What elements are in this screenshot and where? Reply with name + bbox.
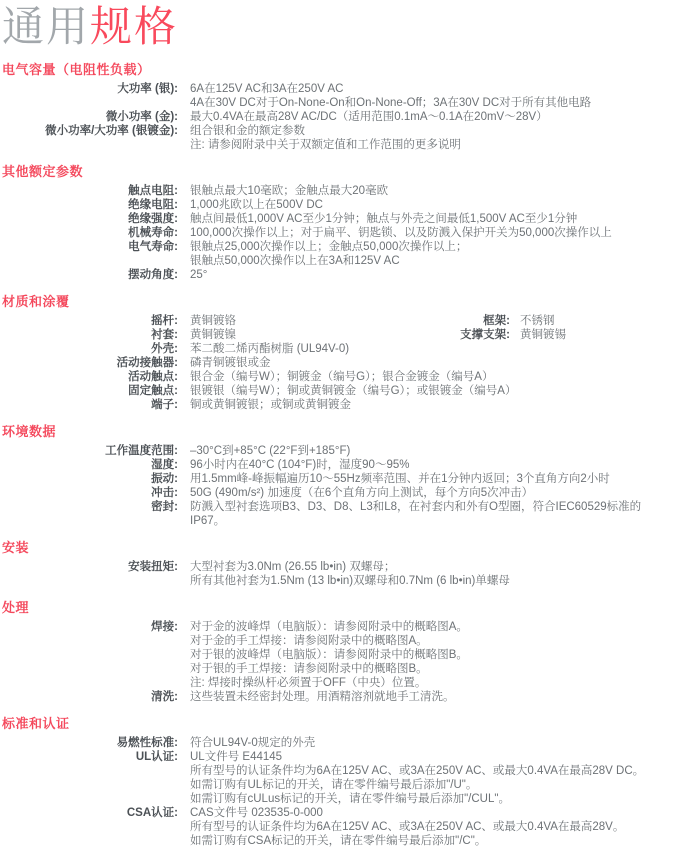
spec-value: UL文件号 E44145所有型号的认证条件均为6A在125V AC、或3A在25… xyxy=(190,750,676,806)
spec-value-line: 如需订购有CSA标记的开关，请在零件编号最后添加"/C"。 xyxy=(190,834,676,848)
spec-label: CSA认证: xyxy=(0,806,190,820)
spec-value: 银镀银（编号W）；铜或黄铜镀金（编号G）；或银镀金（编号A） xyxy=(190,384,676,398)
section-standards-certifications: 标准和认证易燃性标准:符合UL94V-0规定的外壳UL认证:UL文件号 E441… xyxy=(0,716,676,848)
spec-value: 触点间最低1,000V AC至少1分钟；触点与外壳之间最低1,500V AC至少… xyxy=(190,212,676,226)
spec-label: 安装扭矩: xyxy=(0,560,190,574)
section-heading: 处理 xyxy=(2,600,676,616)
spec-document-page: 通用规格 电气容量（电阻性负载）大功率 (银):6A在125V AC和3A在25… xyxy=(0,0,676,868)
spec-value: CAS文件号 023535-0-000所有型号的认证条件均为6A在125V AC… xyxy=(190,806,676,848)
page-title-accent: 规格 xyxy=(90,3,178,50)
spec-value-line: 注: 请参阅附录中关于双额定值和工作范围的更多说明 xyxy=(190,138,676,152)
spec-label: 机械寿命: xyxy=(0,226,190,240)
spec-value: 6A在125V AC和3A在250V AC4A在30V DC对于On-None-… xyxy=(190,82,676,110)
spec-value-line: 符合UL94V-0规定的外壳 xyxy=(190,736,676,750)
spec-value-line: 银触点最大10毫欧；金触点最大20毫欧 xyxy=(190,184,676,198)
spec-pair-right: 支撑支架:黄铜镀锡 xyxy=(380,328,566,342)
spec-label: 冲击: xyxy=(0,486,190,500)
spec-value: –30°C到+85°C (22°F到+185°F) xyxy=(190,444,676,458)
spec-value: 1,000兆欧以上在500V DC xyxy=(190,198,676,212)
spec-row: 固定触点:银镀银（编号W）；铜或黄铜镀金（编号G）；或银镀金（编号A） xyxy=(0,384,676,398)
spec-value-line: 铜或黄铜镀银；或铜或黄铜镀金 xyxy=(190,398,676,412)
spec-label: 摆动角度: xyxy=(0,268,190,282)
spec-row: 活动接触器:磷青铜镀银或金 xyxy=(0,356,676,370)
spec-label: 微小功率/大功率 (银镀金): xyxy=(0,124,190,138)
spec-label: 焊接: xyxy=(0,620,190,634)
spec-row: CSA认证:CAS文件号 023535-0-000所有型号的认证条件均为6A在1… xyxy=(0,806,676,848)
spec-row: 绝缘强度:触点间最低1,000V AC至少1分钟；触点与外壳之间最低1,500V… xyxy=(0,212,676,226)
spec-label: 绝缘强度: xyxy=(0,212,190,226)
spec-row: 湿度:96小时内在40°C (104°F)时，湿度90～95% xyxy=(0,458,676,472)
spec-value: 防溅入型衬套选项B3、D3、D8、L3和L8，在衬套内和外有O型圈，符合IEC6… xyxy=(190,500,676,528)
spec-value-line: 苯二酸二烯丙酯树脂 (UL94V-0) xyxy=(190,342,676,356)
spec-value: 96小时内在40°C (104°F)时，湿度90～95% xyxy=(190,458,676,472)
spec-value-line: 银触点25,000次操作以上；金触点50,000次操作以上； xyxy=(190,240,676,254)
spec-row: 衬套:黄铜镀镍支撑支架:黄铜镀锡 xyxy=(0,328,676,342)
section-processing: 处理焊接:对于金的波峰焊（电脑版）：请参阅附录中的概略图A。对于金的手工焊接：请… xyxy=(0,600,676,704)
spec-value-line: CAS文件号 023535-0-000 xyxy=(190,806,676,820)
spec-label: 振动: xyxy=(0,472,190,486)
spec-value-line: 对于银的手工焊接：请参阅附录中的概略图B。 xyxy=(190,662,676,676)
spec-value: 银触点最大10毫欧；金触点最大20毫欧 xyxy=(190,184,676,198)
spec-value-line: 银镀银（编号W）；铜或黄铜镀金（编号G）；或银镀金（编号A） xyxy=(190,384,676,398)
spec-value-line: 如需订购有cULus标记的开关，请在零件编号最后添加"/CUL"。 xyxy=(190,792,676,806)
spec-row: 清洗:这些装置未经密封处理。用酒精溶剂就地手工清洗。 xyxy=(0,690,676,704)
spec-value-line: 大型衬套为3.0Nm (26.55 lb•in) 双螺母； xyxy=(190,560,676,574)
spec-label: 电气寿命: xyxy=(0,240,190,254)
spec-value: 磷青铜镀银或金 xyxy=(190,356,676,370)
spec-value-line: 所有型号的认证条件均为6A在125V AC、或3A在250V AC、或最大0.4… xyxy=(190,820,676,834)
spec-value-line: 100,000次操作以上；对于扁平、钥匙锁、以及防溅入保护开关为50,000次操… xyxy=(190,226,676,240)
spec-row: 易燃性标准:符合UL94V-0规定的外壳 xyxy=(0,736,676,750)
spec-value-line: UL文件号 E44145 xyxy=(190,750,676,764)
spec-label: 工作温度范围: xyxy=(0,444,190,458)
spec-row: 机械寿命:100,000次操作以上；对于扁平、钥匙锁、以及防溅入保护开关为50,… xyxy=(0,226,676,240)
spec-label-right: 框架: xyxy=(380,314,520,328)
spec-row: 冲击:50G (490m/s²) 加速度（在6个直角方向上测试，每个方向5次冲击… xyxy=(0,486,676,500)
section-heading: 其他额定参数 xyxy=(2,164,676,180)
section-heading: 环境数据 xyxy=(2,424,676,440)
spec-value-line: 所有型号的认证条件均为6A在125V AC、或3A在250V AC、或最大0.4… xyxy=(190,764,676,778)
spec-label: 摇杆: xyxy=(0,314,190,328)
section-heading: 电气容量（电阻性负载） xyxy=(2,62,676,78)
spec-label: UL认证: xyxy=(0,750,190,764)
section-other-ratings: 其他额定参数触点电阻:银触点最大10毫欧；金触点最大20毫欧绝缘电阻:1,000… xyxy=(0,164,676,282)
spec-value-line: 6A在125V AC和3A在250V AC xyxy=(190,82,676,96)
spec-value-line: 对于金的手工焊接：请参阅附录中的概略图A。 xyxy=(190,634,676,648)
sections-container: 电气容量（电阻性负载）大功率 (银):6A在125V AC和3A在250V AC… xyxy=(0,62,676,848)
spec-row: 摆动角度:25° xyxy=(0,268,676,282)
spec-value: 25° xyxy=(190,268,676,282)
page-title-main: 通用 xyxy=(2,3,90,50)
spec-value-line: 注: 焊接时操纵杆必须置于OFF（中央）位置。 xyxy=(190,676,676,690)
spec-value-line: 对于金的波峰焊（电脑版）：请参阅附录中的概略图A。 xyxy=(190,620,676,634)
spec-value-line: 银触点50,000次操作以上在3A和125V AC xyxy=(190,254,676,268)
spec-row: 绝缘电阻:1,000兆欧以上在500V DC xyxy=(0,198,676,212)
spec-value-line: 组合银和金的额定参数 xyxy=(190,124,676,138)
spec-row: 活动触点:银合金（编号W）；铜镀金（编号G）；银合金镀金（编号A） xyxy=(0,370,676,384)
spec-label: 活动接触器: xyxy=(0,356,190,370)
spec-value: 银触点25,000次操作以上；金触点50,000次操作以上；银触点50,000次… xyxy=(190,240,676,268)
section-mounting: 安装安装扭矩:大型衬套为3.0Nm (26.55 lb•in) 双螺母；所有其他… xyxy=(0,540,676,588)
spec-value-line: 防溅入型衬套选项B3、D3、D8、L3和L8，在衬套内和外有O型圈，符合IEC6… xyxy=(190,500,676,528)
section-electrical-capacity: 电气容量（电阻性负载）大功率 (银):6A在125V AC和3A在250V AC… xyxy=(0,62,676,152)
spec-label: 外壳: xyxy=(0,342,190,356)
spec-row: 安装扭矩:大型衬套为3.0Nm (26.55 lb•in) 双螺母；所有其他衬套… xyxy=(0,560,676,588)
spec-value: 50G (490m/s²) 加速度（在6个直角方向上测试，每个方向5次冲击） xyxy=(190,486,676,500)
spec-row: 振动:用1.5mm峰-峰振幅遍历10～55Hz频率范围、并在1分钟内返回；3个直… xyxy=(0,472,676,486)
spec-value-line: 96小时内在40°C (104°F)时，湿度90～95% xyxy=(190,458,676,472)
spec-value-line: 磷青铜镀银或金 xyxy=(190,356,676,370)
spec-value-line: –30°C到+85°C (22°F到+185°F) xyxy=(190,444,676,458)
spec-row: 电气寿命:银触点25,000次操作以上；金触点50,000次操作以上；银触点50… xyxy=(0,240,676,268)
spec-value-line: 如需订购有UL标记的开关，请在零件编号最后添加"/U"。 xyxy=(190,778,676,792)
spec-value: 100,000次操作以上；对于扁平、钥匙锁、以及防溅入保护开关为50,000次操… xyxy=(190,226,676,240)
spec-row: 摇杆:黄铜镀铬框架:不锈钢 xyxy=(0,314,676,328)
spec-label: 活动触点: xyxy=(0,370,190,384)
spec-value-line: 用1.5mm峰-峰振幅遍历10～55Hz频率范围、并在1分钟内返回；3个直角方向… xyxy=(190,472,676,486)
spec-row: 微小功率 (金):最大0.4VA在最高28V AC/DC（适用范围0.1mA～0… xyxy=(0,110,676,124)
spec-row: 触点电阻:银触点最大10毫欧；金触点最大20毫欧 xyxy=(0,184,676,198)
spec-value-right: 黄铜镀锡 xyxy=(520,328,566,342)
spec-value-line: 4A在30V DC对于On-None-On和On-None-Off；3A在30V… xyxy=(190,96,676,110)
section-heading: 材质和涂覆 xyxy=(2,294,676,310)
spec-value-line: 50G (490m/s²) 加速度（在6个直角方向上测试，每个方向5次冲击） xyxy=(190,486,676,500)
spec-label-right: 支撑支架: xyxy=(380,328,520,342)
spec-label: 大功率 (银): xyxy=(0,82,190,96)
section-environmental-data: 环境数据工作温度范围:–30°C到+85°C (22°F到+185°F)湿度:9… xyxy=(0,424,676,528)
spec-label: 固定触点: xyxy=(0,384,190,398)
spec-label: 触点电阻: xyxy=(0,184,190,198)
spec-value: 对于金的波峰焊（电脑版）：请参阅附录中的概略图A。对于金的手工焊接：请参阅附录中… xyxy=(190,620,676,690)
spec-value-line: 1,000兆欧以上在500V DC xyxy=(190,198,676,212)
spec-row: 外壳:苯二酸二烯丙酯树脂 (UL94V-0) xyxy=(0,342,676,356)
spec-value: 符合UL94V-0规定的外壳 xyxy=(190,736,676,750)
spec-value: 最大0.4VA在最高28V AC/DC（适用范围0.1mA～0.1A在20mV～… xyxy=(190,110,676,124)
spec-label: 绝缘电阻: xyxy=(0,198,190,212)
spec-pair-right: 框架:不锈钢 xyxy=(380,314,555,328)
spec-row: 微小功率/大功率 (银镀金):组合银和金的额定参数注: 请参阅附录中关于双额定值… xyxy=(0,124,676,152)
spec-label: 密封: xyxy=(0,500,190,514)
spec-value-right: 不锈钢 xyxy=(520,314,555,328)
spec-value: 组合银和金的额定参数注: 请参阅附录中关于双额定值和工作范围的更多说明 xyxy=(190,124,676,152)
spec-value-line: 对于银的波峰焊（电脑版）：请参阅附录中的概略图B。 xyxy=(190,648,676,662)
section-materials-finishes: 材质和涂覆摇杆:黄铜镀铬框架:不锈钢衬套:黄铜镀镍支撑支架:黄铜镀锡外壳:苯二酸… xyxy=(0,294,676,412)
spec-value: 苯二酸二烯丙酯树脂 (UL94V-0) xyxy=(190,342,676,356)
spec-row: 端子:铜或黄铜镀银；或铜或黄铜镀金 xyxy=(0,398,676,412)
spec-value-line: 所有其他衬套为1.5Nm (13 lb•in)双螺母和0.7Nm (6 lb•i… xyxy=(190,574,676,588)
section-heading: 标准和认证 xyxy=(2,716,676,732)
spec-label: 湿度: xyxy=(0,458,190,472)
spec-label: 易燃性标准: xyxy=(0,736,190,750)
spec-value-line: 这些装置未经密封处理。用酒精溶剂就地手工清洗。 xyxy=(190,690,676,704)
spec-value-line: 触点间最低1,000V AC至少1分钟；触点与外壳之间最低1,500V AC至少… xyxy=(190,212,676,226)
spec-value: 铜或黄铜镀银；或铜或黄铜镀金 xyxy=(190,398,676,412)
spec-value: 大型衬套为3.0Nm (26.55 lb•in) 双螺母；所有其他衬套为1.5N… xyxy=(190,560,676,588)
spec-row: 密封:防溅入型衬套选项B3、D3、D8、L3和L8，在衬套内和外有O型圈，符合I… xyxy=(0,500,676,528)
page-title: 通用规格 xyxy=(2,4,676,50)
spec-label: 清洗: xyxy=(0,690,190,704)
section-heading: 安装 xyxy=(2,540,676,556)
spec-row: 焊接:对于金的波峰焊（电脑版）：请参阅附录中的概略图A。对于金的手工焊接：请参阅… xyxy=(0,620,676,690)
spec-value: 这些装置未经密封处理。用酒精溶剂就地手工清洗。 xyxy=(190,690,676,704)
spec-value-line: 银合金（编号W）；铜镀金（编号G）；银合金镀金（编号A） xyxy=(190,370,676,384)
spec-label: 衬套: xyxy=(0,328,190,342)
spec-value-line: 最大0.4VA在最高28V AC/DC（适用范围0.1mA～0.1A在20mV～… xyxy=(190,110,676,124)
spec-value-line: 25° xyxy=(190,268,676,282)
spec-row: 工作温度范围:–30°C到+85°C (22°F到+185°F) xyxy=(0,444,676,458)
spec-label: 微小功率 (金): xyxy=(0,110,190,124)
spec-value: 银合金（编号W）；铜镀金（编号G）；银合金镀金（编号A） xyxy=(190,370,676,384)
spec-label: 端子: xyxy=(0,398,190,412)
spec-row: 大功率 (银):6A在125V AC和3A在250V AC4A在30V DC对于… xyxy=(0,82,676,110)
spec-row: UL认证:UL文件号 E44145所有型号的认证条件均为6A在125V AC、或… xyxy=(0,750,676,806)
spec-value: 用1.5mm峰-峰振幅遍历10～55Hz频率范围、并在1分钟内返回；3个直角方向… xyxy=(190,472,676,486)
